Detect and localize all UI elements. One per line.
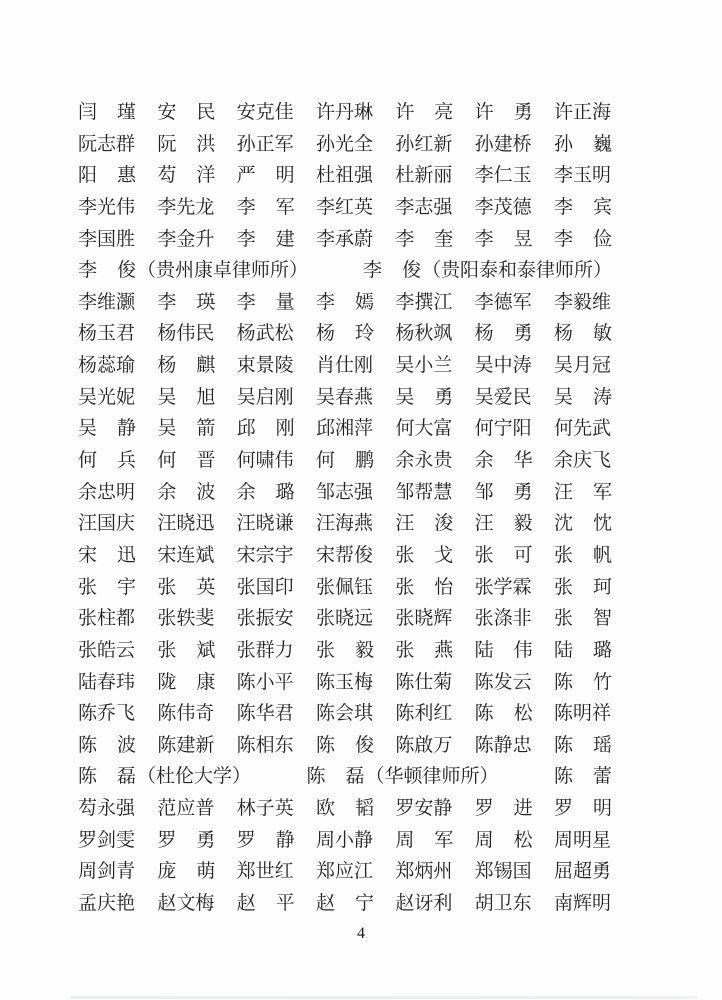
person-name: 陈玉梅 [316,667,374,699]
person-name: 陇康 [157,667,215,699]
person-name: 吴爱民 [475,382,533,414]
person-name: 周小静 [316,825,374,857]
person-name: 安民 [157,97,215,129]
person-name: 何宁阳 [475,413,533,445]
person-name: 张国印 [237,572,295,604]
person-name: 张珂 [554,572,612,604]
person-name: 张怡 [395,572,453,604]
name-row: 张皓云张斌张群力张毅张燕陆伟陆璐 [78,635,612,667]
person-name: 许亮 [395,97,453,129]
person-name: 张轶斐 [157,603,215,635]
person-name: 李宾 [554,192,612,224]
person-name: 郑炳州 [395,856,453,888]
person-name: 严明 [237,160,295,192]
person-name: 周军 [395,825,453,857]
person-name: 邹勇 [475,477,533,509]
person-name: 杜祖强 [316,160,374,192]
person-name: 李毅维 [554,287,612,319]
person-name: 宋迅 [78,540,136,572]
document-page: 闫瑾安民安克佳许丹琳许亮许勇许正海阮志群阮洪孙正军孙光全孙红新孙建桥孙巍阳惠芶洋… [0,0,722,1000]
name-row: 李光伟李先龙李军李红英李志强李茂德李宾 [78,192,612,224]
person-name: 余璐 [237,477,295,509]
person-name: 屈超勇 [554,856,612,888]
person-name: 张振安 [237,603,295,635]
person-name: 李建 [237,224,295,256]
person-name: 李俊 [363,255,421,287]
person-name: 张柱都 [78,603,136,635]
person-name: 杨玲 [316,318,374,350]
name-row: 宋迅宋连斌宋宗宇宋帮俊张戈张可张帆 [78,540,612,572]
person-name: 何先武 [554,413,612,445]
name-row: 陈乔飞陈伟奇陈华君陈会琪陈利红陈松陈明祥 [78,698,612,730]
person-name: 张晓远 [316,603,374,635]
person-name: 何兵 [78,445,136,477]
affiliation-note: （贵阳泰和泰律师所） [422,255,612,287]
person-name: 何晋 [157,445,215,477]
person-name: 吴静 [78,413,136,445]
affiliation-note: （贵州康卓律师所） [137,255,308,287]
name-row: 吴光妮吴旭吴启刚吴春燕吴勇吴爱民吴涛 [78,382,612,414]
name-row: 阳惠芶洋严明杜祖强杜新丽李仁玉李玉明 [78,160,612,192]
person-name: 欧韬 [316,793,374,825]
person-name: 李俊 [78,255,136,287]
person-name: 余忠明 [78,477,136,509]
person-name: 杨蕊瑜 [78,350,136,382]
person-name: 张学霖 [475,572,533,604]
person-name: 赵平 [237,888,295,920]
person-name: 张涤非 [475,603,533,635]
person-name: 张戈 [395,540,453,572]
person-name: 胡卫东 [475,888,533,920]
person-name: 陈波 [78,730,136,762]
person-name: 陈会琪 [316,698,374,730]
person-name: 汪海燕 [316,508,374,540]
person-name: 李量 [237,287,295,319]
person-name: 南辉明 [554,888,612,920]
person-name: 何大富 [395,413,453,445]
person-name: 张群力 [237,635,295,667]
person-name: 范应普 [157,793,215,825]
person-name: 杨麒 [157,350,215,382]
name-row: 杨玉君杨伟民杨武松杨玲杨秋飒杨勇杨敏 [78,318,612,350]
person-name: 阮志群 [78,129,136,161]
person-name: 林子英 [237,793,295,825]
name-row: 余忠明余波余璐邹志强邹帮慧邹勇汪军 [78,477,612,509]
person-name: 李军 [237,192,295,224]
person-name: 陈明祥 [554,698,612,730]
name-row: 李国胜李金升李建李承蔚李奎李昱李俭 [78,224,612,256]
person-name: 李昱 [475,224,533,256]
person-name: 李维灏 [78,287,136,319]
person-name: 杨秋飒 [395,318,453,350]
scan-artifact [70,996,697,999]
person-name: 安克佳 [237,97,295,129]
person-name: 汪毅 [475,508,533,540]
person-name: 赵宁 [316,888,374,920]
person-name: 张皓云 [78,635,136,667]
person-name: 陈建新 [157,730,215,762]
person-name: 杨玉君 [78,318,136,350]
person-name: 赵讶利 [395,888,453,920]
person-entry: 李俊（贵州康卓律师所） [78,255,308,287]
person-name: 杜新丽 [395,160,453,192]
person-name: 李承蔚 [316,224,374,256]
person-name: 孙巍 [554,129,612,161]
name-row: 李维灏李瑛李量李嫣李撰江李德军李毅维 [78,287,612,319]
name-row: 张宇张英张国印张佩钰张怡张学霖张珂 [78,572,612,604]
person-name: 束景陵 [237,350,295,382]
person-name: 张斌 [157,635,215,667]
name-row: 陈波陈建新陈相东陈俊陈啟万陈静忠陈瑶 [78,730,612,762]
person-name: 许勇 [475,97,533,129]
person-name: 罗勇 [157,825,215,857]
person-name: 陈啟万 [395,730,453,762]
person-name: 陆璐 [554,635,612,667]
person-name: 杨武松 [237,318,295,350]
person-name: 吴月冠 [554,350,612,382]
person-name: 吴涛 [554,382,612,414]
person-name: 陈松 [475,698,533,730]
name-row: 张柱都张轶斐张振安张晓远张晓辉张涤非张智 [78,603,612,635]
name-row: 阮志群阮洪孙正军孙光全孙红新孙建桥孙巍 [78,129,612,161]
name-row: 李俊（贵州康卓律师所）李俊（贵阳泰和泰律师所） [78,255,612,287]
person-name: 李嫣 [316,287,374,319]
person-name: 张毅 [316,635,374,667]
person-name: 阮洪 [157,129,215,161]
person-name: 宋宗宇 [237,540,295,572]
person-name: 周松 [475,825,533,857]
person-name: 李撰江 [395,287,453,319]
person-name: 孙正军 [237,129,295,161]
person-name: 陆伟 [475,635,533,667]
person-name: 周剑青 [78,856,136,888]
name-row: 周剑青庞萌郑世红郑应江郑炳州郑锡国屈超勇 [78,856,612,888]
person-name: 张宇 [78,572,136,604]
person-name: 汪国庆 [78,508,136,540]
affiliation-note: （华顿律师所） [366,761,499,793]
person-name: 罗安静 [395,793,453,825]
person-name: 许正海 [554,97,612,129]
person-name: 芶洋 [157,160,215,192]
person-name: 汪晓谦 [237,508,295,540]
person-name: 李国胜 [78,224,136,256]
person-name: 沈忱 [554,508,612,540]
person-name: 李仁玉 [475,160,533,192]
name-rows: 闫瑾安民安克佳许丹琳许亮许勇许正海阮志群阮洪孙正军孙光全孙红新孙建桥孙巍阳惠芶洋… [78,97,612,920]
person-name: 周明星 [554,825,612,857]
person-entry: 李俊（贵阳泰和泰律师所） [363,255,612,287]
person-name: 孙红新 [395,129,453,161]
person-name: 李茂德 [475,192,533,224]
person-name: 孟庆艳 [78,888,136,920]
person-name: 陈蕾 [554,761,612,793]
name-row: 汪国庆汪晓迅汪晓谦汪海燕汪浚汪毅沈忱 [78,508,612,540]
name-row: 陆春玮陇康陈小平陈玉梅陈仕菊陈发云陈竹 [78,667,612,699]
person-name: 陆春玮 [78,667,136,699]
person-name: 杨敏 [554,318,612,350]
person-name: 宋帮俊 [316,540,374,572]
person-name: 汪浚 [395,508,453,540]
person-name: 汪晓迅 [157,508,215,540]
person-entry: 陈蕾 [554,761,612,793]
person-name: 杨勇 [475,318,533,350]
person-name: 吴小兰 [395,350,453,382]
person-name: 罗明 [554,793,612,825]
person-name: 吴启刚 [237,382,295,414]
person-name: 陈利红 [395,698,453,730]
person-name: 张英 [157,572,215,604]
person-name: 邱湘萍 [316,413,374,445]
person-name: 张帆 [554,540,612,572]
name-row: 闫瑾安民安克佳许丹琳许亮许勇许正海 [78,97,612,129]
person-name: 张晓辉 [395,603,453,635]
person-name: 吴箭 [157,413,215,445]
person-name: 余华 [475,445,533,477]
person-name: 陈静忠 [475,730,533,762]
name-row: 孟庆艳赵文梅赵平赵宁赵讶利胡卫东南辉明 [78,888,612,920]
person-entry: 陈磊（华顿律师所） [307,761,499,793]
person-name: 邹帮慧 [395,477,453,509]
person-name: 李俭 [554,224,612,256]
person-name: 陈伟奇 [157,698,215,730]
name-row: 吴静吴箭邱刚邱湘萍何大富何宁阳何先武 [78,413,612,445]
person-name: 陈瑶 [554,730,612,762]
person-name: 吴勇 [395,382,453,414]
person-name: 何鹏 [316,445,374,477]
person-name: 吴中涛 [475,350,533,382]
person-name: 肖仕刚 [316,350,374,382]
person-name: 孙建桥 [475,129,533,161]
person-name: 罗剑雯 [78,825,136,857]
person-name: 陈俊 [316,730,374,762]
person-name: 张可 [475,540,533,572]
person-name: 李先龙 [157,192,215,224]
person-name: 芶永强 [78,793,136,825]
name-row: 陈磊（杜伦大学）陈磊（华顿律师所）陈蕾 [78,761,612,793]
person-name: 邱刚 [237,413,295,445]
person-name: 李光伟 [78,192,136,224]
person-name: 陈发云 [475,667,533,699]
person-name: 陈磊 [78,761,136,793]
page-number: 4 [0,925,722,943]
name-row: 杨蕊瑜杨麒束景陵肖仕刚吴小兰吴中涛吴月冠 [78,350,612,382]
person-name: 罗进 [475,793,533,825]
person-name: 李红英 [316,192,374,224]
person-name: 张佩钰 [316,572,374,604]
person-name: 郑锡国 [475,856,533,888]
person-name: 张智 [554,603,612,635]
person-name: 吴光妮 [78,382,136,414]
name-row: 罗剑雯罗勇罗静周小静周军周松周明星 [78,825,612,857]
name-row: 何兵何晋何啸伟何鹏余永贵余华余庆飞 [78,445,612,477]
person-name: 陈相东 [237,730,295,762]
person-name: 李金升 [157,224,215,256]
person-name: 吴春燕 [316,382,374,414]
person-name: 陈磊 [307,761,365,793]
person-name: 汪军 [554,477,612,509]
person-entry: 陈磊（杜伦大学） [78,761,251,793]
person-name: 郑世红 [237,856,295,888]
person-name: 陈仕菊 [395,667,453,699]
person-name: 张燕 [395,635,453,667]
person-name: 孙光全 [316,129,374,161]
person-name: 罗静 [237,825,295,857]
person-name: 杨伟民 [157,318,215,350]
person-name: 李志强 [395,192,453,224]
person-name: 许丹琳 [316,97,374,129]
person-name: 余波 [157,477,215,509]
person-name: 陈乔飞 [78,698,136,730]
person-name: 闫瑾 [78,97,136,129]
person-name: 余庆飞 [554,445,612,477]
person-name: 邹志强 [316,477,374,509]
person-name: 李瑛 [157,287,215,319]
person-name: 陈小平 [237,667,295,699]
person-name: 李德军 [475,287,533,319]
person-name: 余永贵 [395,445,453,477]
person-name: 庞萌 [157,856,215,888]
person-name: 阳惠 [78,160,136,192]
person-name: 李玉明 [554,160,612,192]
person-name: 吴旭 [157,382,215,414]
name-row: 芶永强范应普林子英欧韬罗安静罗进罗明 [78,793,612,825]
person-name: 陈竹 [554,667,612,699]
person-name: 宋连斌 [157,540,215,572]
person-name: 何啸伟 [237,445,295,477]
affiliation-note: （杜伦大学） [137,761,251,793]
person-name: 赵文梅 [157,888,215,920]
person-name: 陈华君 [237,698,295,730]
person-name: 郑应江 [316,856,374,888]
person-name: 李奎 [395,224,453,256]
